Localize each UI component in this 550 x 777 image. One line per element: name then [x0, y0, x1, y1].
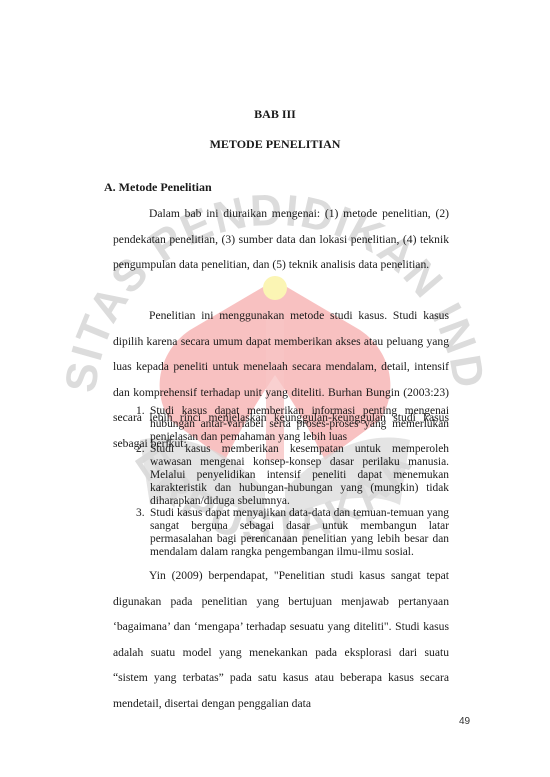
- list-item: 3. Studi kasus dapat menyajikan data-dat…: [128, 507, 449, 558]
- list-item: 2. Studi kasus memberikan kesempatan unt…: [128, 443, 449, 507]
- page-number: 49: [459, 716, 470, 727]
- document-page: UNIVERSITAS PENDIDIKAN INDONESIA PERPUST…: [0, 0, 550, 777]
- chapter-label: BAB III: [0, 107, 550, 122]
- list-item-number: 3.: [136, 507, 145, 520]
- paragraph-yin: Yin (2009) berpendapat, "Penelitian stud…: [113, 563, 449, 716]
- paragraph-intro: Dalam bab ini diuraikan mengenai: (1) me…: [113, 201, 449, 278]
- list-item-number: 1.: [136, 405, 145, 418]
- chapter-title: METODE PENELITIAN: [0, 137, 550, 152]
- list-item: 1. Studi kasus dapat memberikan informas…: [128, 405, 449, 443]
- list-item-text: Studi kasus memberikan kesempatan untuk …: [150, 443, 449, 506]
- section-heading: A. Metode Penelitian: [104, 180, 212, 195]
- document-content: BAB III METODE PENELITIAN A. Metode Pene…: [0, 0, 550, 777]
- list-item-text: Studi kasus dapat menyajikan data-data d…: [150, 507, 449, 557]
- advantages-list: 1. Studi kasus dapat memberikan informas…: [128, 405, 449, 559]
- list-item-number: 2.: [136, 443, 145, 456]
- list-item-text: Studi kasus dapat memberikan informasi p…: [150, 405, 449, 443]
